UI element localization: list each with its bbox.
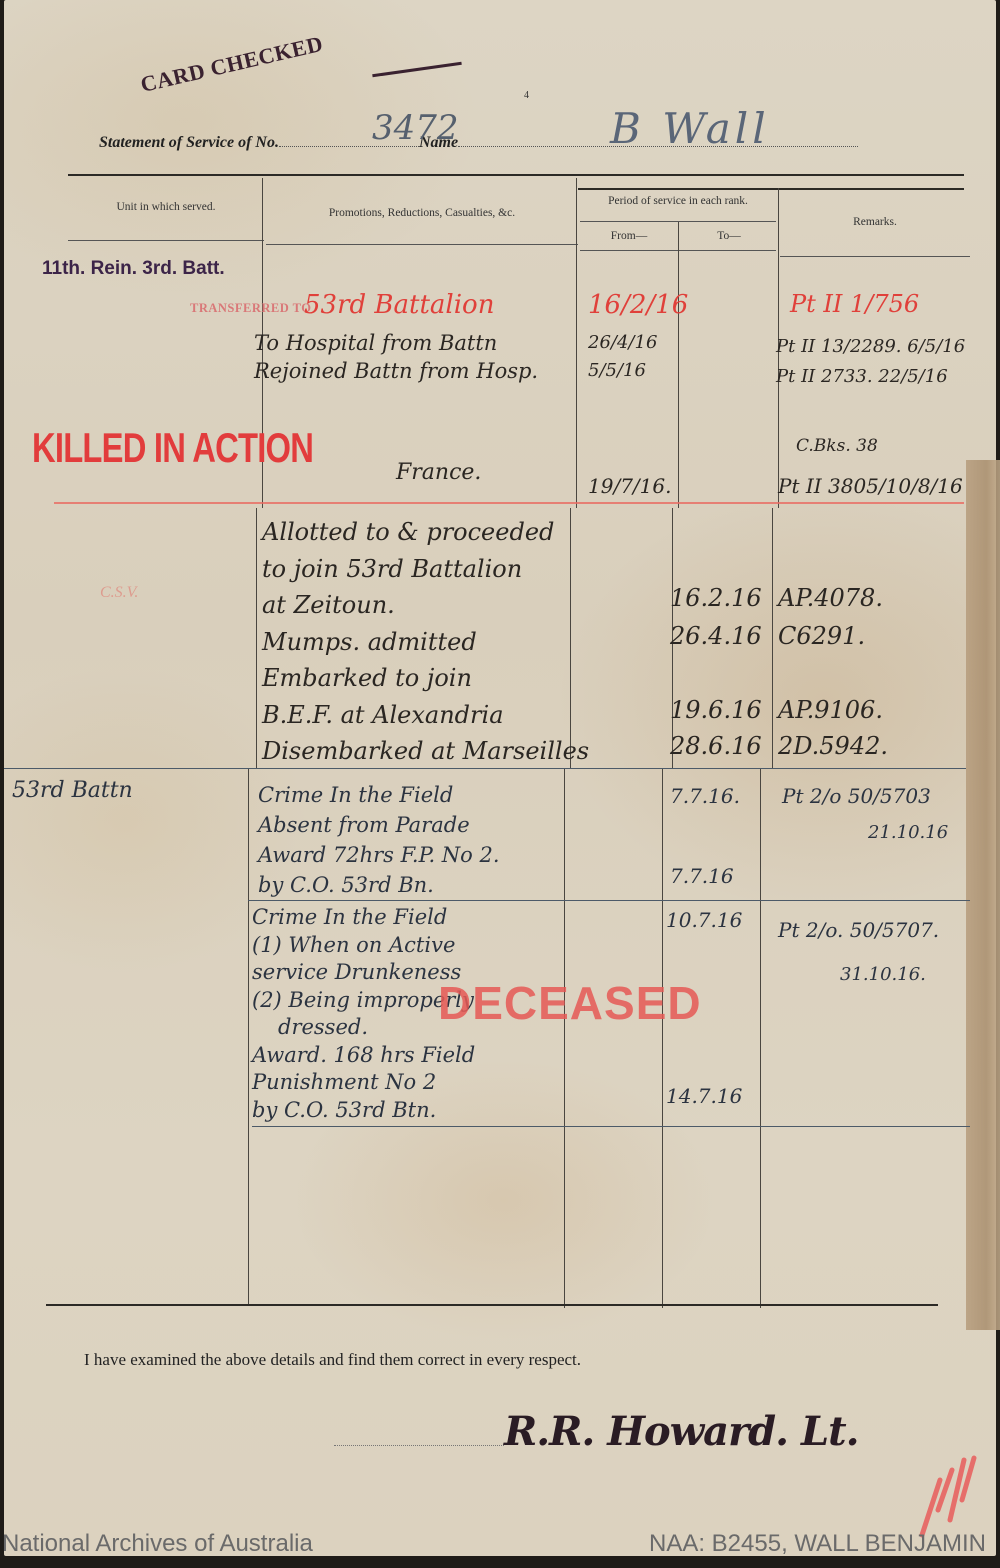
section2-line: Embarked to join <box>262 660 589 697</box>
col-divider-2-bottom <box>564 768 565 1308</box>
kia-remark: Pt II 3805/10/8/16 <box>778 474 963 498</box>
section2-bottom-rule <box>4 768 966 769</box>
entry-rejoined-date: 5/5/16 <box>588 360 646 381</box>
section2-date: 28.6.16 <box>670 732 762 760</box>
col-unit-header: Unit in which served. <box>68 201 264 213</box>
top-rule-right <box>578 188 964 190</box>
section4-line: by C.O. 53rd Btn. <box>252 1097 475 1125</box>
entry-hospital-date: 26/4/16 <box>588 332 657 353</box>
col-promotions-header: Promotions, Reductions, Casualties, &c. <box>266 207 578 219</box>
section2-ref: AP.9106. <box>778 696 883 724</box>
service-record-page: CARD CHECKED 4 Statement of Service of N… <box>4 0 996 1556</box>
col-remarks-header: Remarks. <box>780 216 970 228</box>
section3-line: Crime In the Field <box>258 780 500 810</box>
page-edge-strip <box>966 460 1000 1330</box>
section4-line: Punishment No 2 <box>252 1069 475 1097</box>
col-divider-3 <box>678 222 679 508</box>
col-divider-4-lower <box>772 508 773 768</box>
signature-dotted-line <box>334 1445 504 1446</box>
transfer-unit: 53rd Battalion <box>304 290 494 320</box>
section2-date: 16.2.16 <box>670 584 762 612</box>
archive-footer-left: National Archives of Australia <box>2 1530 313 1558</box>
section2-line: B.E.F. at Alexandria <box>262 697 589 734</box>
col-divider-1-lower <box>256 508 257 768</box>
statement-text: Statement of Service of No. <box>99 134 279 151</box>
deceased-stamp: DECEASED <box>438 976 702 1030</box>
section2-line: Mumps. admitted <box>262 624 589 661</box>
section4-line: Crime In the Field <box>252 904 475 932</box>
soldier-name: B Wall <box>610 104 770 153</box>
kia-red-underline <box>54 502 964 504</box>
section3-bottom-rule <box>248 900 970 901</box>
col-from-header: From— <box>580 230 678 242</box>
col-divider-4-bottom <box>760 768 761 1308</box>
certification-text: I have examined the above details and fi… <box>84 1350 581 1370</box>
section4-remark-ref: Pt 2/o. 50/5707. <box>778 918 939 942</box>
entry-hospital-remark: Pt II 13/2289. 6/5/16 <box>776 336 965 357</box>
faint-red-mark: C.S.V. <box>100 584 138 602</box>
section3-date-1: 7.7.16. <box>670 784 740 808</box>
section4-remark-date: 31.10.16. <box>840 964 926 985</box>
section2-line: Disembarked at Marseilles <box>262 733 589 770</box>
col-divider-3-bottom <box>662 768 663 1308</box>
service-number: 3472 <box>372 108 459 148</box>
killed-in-action-stamp: KILLED IN ACTION <box>32 424 313 472</box>
card-checked-line <box>372 62 462 77</box>
section4-date-2: 14.7.16 <box>666 1084 742 1108</box>
section4-bottom-rule <box>252 1126 970 1127</box>
entry-hospital: To Hospital from Battn <box>254 330 497 357</box>
section2-date: 19.6.16 <box>670 696 762 724</box>
section2-entries: Allotted to & proceeded to join 53rd Bat… <box>262 514 589 770</box>
red-pencil-mark <box>912 1450 982 1540</box>
card-checked-stamp: CARD CHECKED <box>138 31 325 98</box>
transferred-to-stamp: TRANSFERRED TO <box>190 301 312 316</box>
transfer-remark: Pt II 1/756 <box>790 290 919 318</box>
top-rule <box>68 174 964 176</box>
section3-remark-ref: Pt 2/o 50/5703 <box>782 784 931 808</box>
section2-line: Allotted to & proceeded <box>262 514 589 551</box>
section2-line: to join 53rd Battalion <box>262 551 589 588</box>
section2-ref: 2D.5942. <box>778 732 888 760</box>
section2-date: 26.4.16 <box>670 622 762 650</box>
kia-place: France. <box>396 460 481 485</box>
col-divider-2 <box>576 178 577 508</box>
section3-line: by C.O. 53rd Bn. <box>258 870 500 900</box>
section3-line: Award 72hrs F.P. No 2. <box>258 840 500 870</box>
header-underline-promotions <box>266 244 578 245</box>
section3-unit: 53rd Battn <box>12 778 133 803</box>
header-underline-remarks <box>780 256 970 257</box>
section2-ref: C6291. <box>778 622 865 650</box>
col-to-header: To— <box>680 230 778 242</box>
header-underline-unit <box>68 240 264 241</box>
unit-stamp: 11th. Rein. 3rd. Batt. <box>42 258 225 280</box>
section3-line: Absent from Parade <box>258 810 500 840</box>
archive-footer-right: NAA: B2455, WALL BENJAMIN <box>649 1530 986 1558</box>
section4-date-1: 10.7.16 <box>666 908 742 932</box>
page-number: 4 <box>524 90 529 101</box>
bottom-rule <box>46 1304 938 1306</box>
section3-entries: Crime In the Field Absent from Parade Aw… <box>258 780 500 900</box>
section4-line: Award. 168 hrs Field <box>252 1042 475 1070</box>
transfer-date: 16/2/16 <box>588 290 688 320</box>
entry-rejoined: Rejoined Battn from Hosp. <box>254 358 538 385</box>
signature: R.R. Howard. Lt. <box>504 1408 859 1455</box>
section3-date-2: 7.7.16 <box>670 864 734 888</box>
entry-rejoined-remark: Pt II 2733. 22/5/16 <box>776 366 948 387</box>
kia-date: 19/7/16. <box>588 474 671 498</box>
section2-ref: AP.4078. <box>778 584 883 612</box>
col-period-header: Period of service in each rank. <box>578 195 778 207</box>
kia-remark-top: C.Bks. 38 <box>796 436 878 456</box>
section3-remark-date: 21.10.16 <box>868 822 948 843</box>
section2-line: at Zeitoun. <box>262 587 589 624</box>
section4-line: (1) When on Active <box>252 932 475 960</box>
col-divider-1-bottom <box>248 768 249 1306</box>
